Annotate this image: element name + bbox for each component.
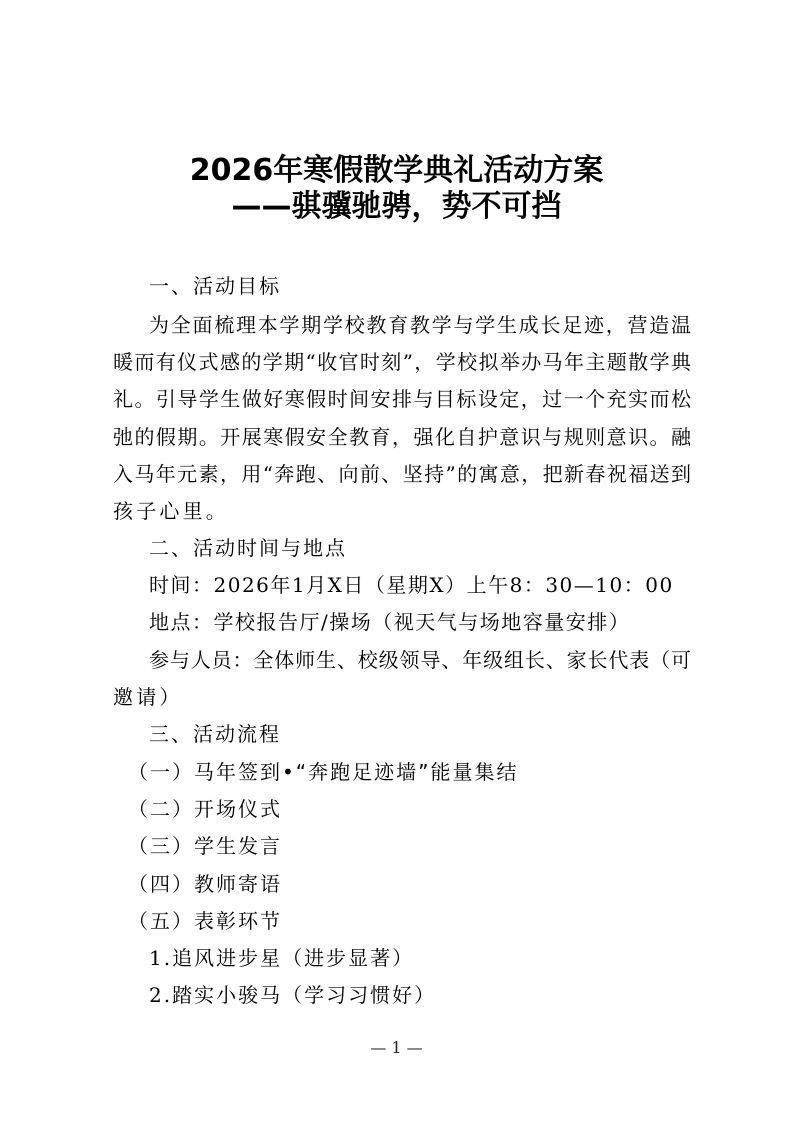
award-item: 1.追风进步星（进步显著） xyxy=(149,946,691,970)
process-step: （一）马年签到•“奔跑足迹墙”能量集结 xyxy=(128,760,706,784)
section1-heading: 一、活动目标 xyxy=(149,274,691,298)
page-number: — 1 — xyxy=(0,1038,793,1057)
document-title: 2026年寒假散学典礼活动方案 xyxy=(0,153,793,189)
paragraph-line: 入马年元素，用“奔跑、向前、坚持”的寓意，把新春祝福送到 xyxy=(113,462,691,486)
paragraph-line: 礼。引导学生做好寒假时间安排与目标设定，过一个充实而松 xyxy=(113,387,691,411)
event-participants: 参与人员：全体师生、校级领导、年级组长、家长代表（可 xyxy=(149,648,691,672)
process-step: （五）表彰环节 xyxy=(128,909,706,933)
award-item: 2.踏实小骏马（学习习惯好） xyxy=(149,983,691,1007)
process-step: （二）开场仪式 xyxy=(128,797,706,821)
paragraph-line: 孩子心里。 xyxy=(113,499,691,523)
event-participants-cont: 邀请） xyxy=(113,685,691,709)
paragraph-line: 暖而有仪式感的学期“收官时刻”，学校拟举办马年主题散学典 xyxy=(113,350,691,374)
section3-heading: 三、活动流程 xyxy=(149,722,691,746)
section2-heading: 二、活动时间与地点 xyxy=(149,536,691,560)
paragraph-line: 为全面梳理本学期学校教育教学与学生成长足迹，营造温 xyxy=(149,313,691,337)
event-place: 地点：学校报告厅/操场（视天气与场地容量安排） xyxy=(149,610,691,634)
process-step: （三）学生发言 xyxy=(128,834,706,858)
process-step: （四）教师寄语 xyxy=(128,872,706,896)
event-time: 时间：2026年1月X日（星期X）上午8：30—10：00 xyxy=(149,573,691,597)
document-subtitle: ——骐骥驰骋，势不可挡 xyxy=(0,189,793,225)
paragraph-line: 弛的假期。开展寒假安全教育，强化自护意识与规则意识。融 xyxy=(113,425,691,449)
